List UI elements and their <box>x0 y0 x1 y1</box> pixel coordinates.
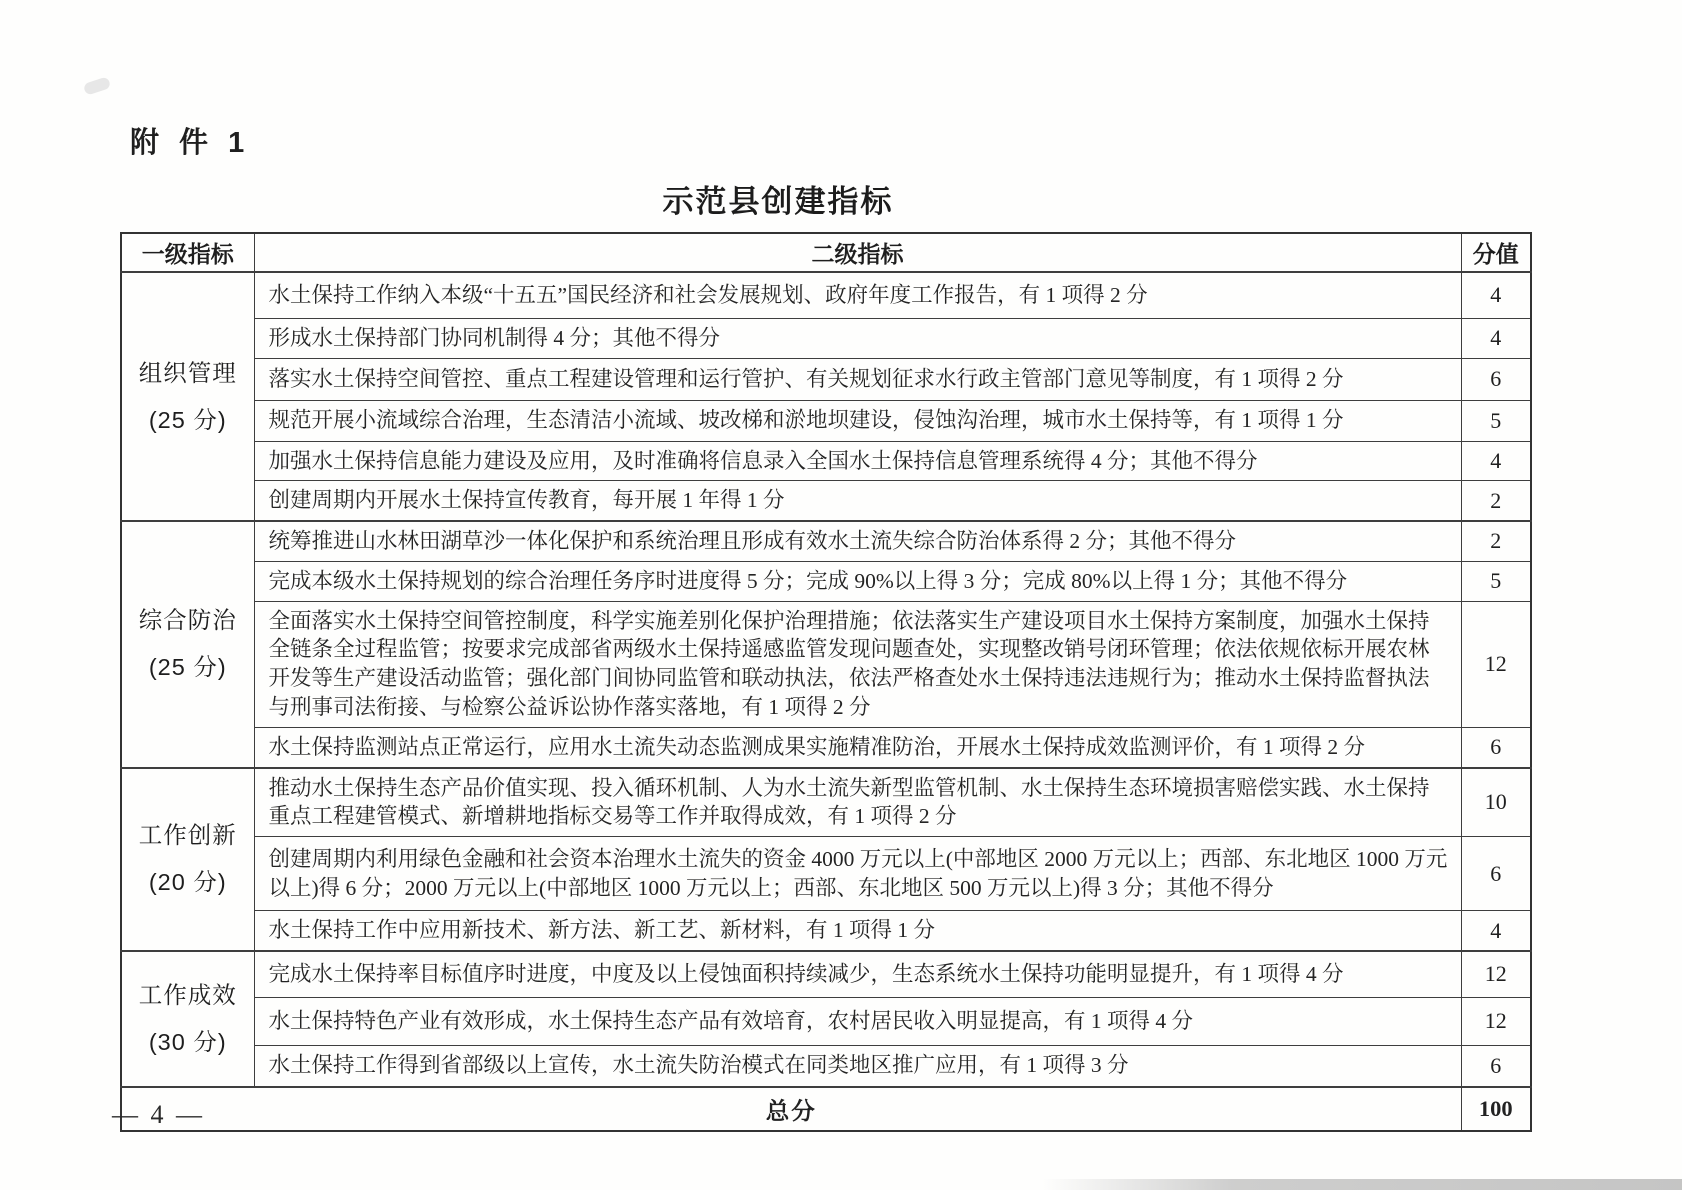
indicator-text: 水土保持工作得到省部级以上宣传，水土流失防治模式在同类地区推广应用，有 1 项得… <box>254 1045 1461 1087</box>
group-score-label: (20 分) <box>122 859 254 906</box>
header-score: 分值 <box>1461 233 1531 272</box>
indicator-text: 完成水土保持率目标值序时进度，中度及以上侵蚀面积持续减少，生态系统水土保持功能明… <box>254 951 1461 997</box>
table-header-row: 一级指标 二级指标 分值 <box>121 233 1531 272</box>
table-row: 加强水土保持信息能力建设及应用，及时准确将信息录入全国水土保持信息管理系统得 4… <box>121 441 1531 481</box>
group-cell-work-effectiveness: 工作成效 (30 分) <box>121 951 254 1087</box>
table-row: 创建周期内开展水土保持宣传教育，每开展 1 年得 1 分 2 <box>121 481 1531 521</box>
indicator-text: 水土保持工作中应用新技术、新方法、新工艺、新材料，有 1 项得 1 分 <box>254 911 1461 951</box>
score-value: 6 <box>1461 837 1531 911</box>
score-value: 6 <box>1461 727 1531 767</box>
table-row: 规范开展小流域综合治理，生态清洁小流域、坡改梯和淤地坝建设，侵蚀沟治理，城市水土… <box>121 400 1531 441</box>
table-row: 完成本级水土保持规划的综合治理任务序时进度得 5 分；完成 90%以上得 3 分… <box>121 561 1531 601</box>
table-row: 全面落实水土保持空间管控制度，科学实施差别化保护治理措施；依法落实生产建设项目水… <box>121 601 1531 727</box>
group-name: 工作成效 <box>122 972 254 1019</box>
table-row: 落实水土保持空间管控、重点工程建设管理和运行管护、有关规划征求水行政主管部门意见… <box>121 358 1531 400</box>
total-row: 总分 100 <box>121 1087 1531 1131</box>
scan-artifact-smudge <box>83 76 111 95</box>
header-level1-indicator: 一级指标 <box>121 233 254 272</box>
group-cell-comprehensive-prevention: 综合防治 (25 分) <box>121 521 254 768</box>
total-score-value: 100 <box>1461 1087 1531 1131</box>
score-value: 6 <box>1461 358 1531 400</box>
group-name: 综合防治 <box>122 597 254 644</box>
score-value: 2 <box>1461 481 1531 521</box>
score-value: 4 <box>1461 318 1531 358</box>
group-cell-work-innovation: 工作创新 (20 分) <box>121 768 254 951</box>
indicator-text: 统筹推进山水林田湖草沙一体化保护和系统治理且形成有效水土流失综合防治体系得 2 … <box>254 521 1461 561</box>
group-score-label: (25 分) <box>122 644 254 691</box>
table-row: 组织管理 (25 分) 水土保持工作纳入本级“十五五”国民经济和社会发展规划、政… <box>121 272 1531 318</box>
score-value: 2 <box>1461 521 1531 561</box>
indicator-text: 完成本级水土保持规划的综合治理任务序时进度得 5 分；完成 90%以上得 3 分… <box>254 561 1461 601</box>
table-row: 水土保持特色产业有效形成，水土保持生态产品有效培育，农村居民收入明显提高，有 1… <box>121 997 1531 1045</box>
total-label: 总分 <box>121 1087 1461 1131</box>
score-value: 4 <box>1461 441 1531 481</box>
table-row: 水土保持工作得到省部级以上宣传，水土流失防治模式在同类地区推广应用，有 1 项得… <box>121 1045 1531 1087</box>
indicator-text: 形成水土保持部门协同机制得 4 分；其他不得分 <box>254 318 1461 358</box>
table-row: 工作创新 (20 分) 推动水土保持生态产品价值实现、投入循环机制、人为水土流失… <box>121 768 1531 837</box>
indicator-text: 落实水土保持空间管控、重点工程建设管理和运行管护、有关规划征求水行政主管部门意见… <box>254 358 1461 400</box>
indicator-text: 创建周期内利用绿色金融和社会资本治理水土流失的资金 4000 万元以上(中部地区… <box>254 837 1461 911</box>
score-value: 12 <box>1461 951 1531 997</box>
indicator-text: 全面落实水土保持空间管控制度，科学实施差别化保护治理措施；依法落实生产建设项目水… <box>254 601 1461 727</box>
table-row: 创建周期内利用绿色金融和社会资本治理水土流失的资金 4000 万元以上(中部地区… <box>121 837 1531 911</box>
group-cell-organization-management: 组织管理 (25 分) <box>121 272 254 521</box>
indicator-table: 一级指标 二级指标 分值 组织管理 (25 分) 水土保持工作纳入本级“十五五”… <box>120 232 1532 1132</box>
indicator-text: 水土保持监测站点正常运行，应用水土流失动态监测成果实施精准防治，开展水土保持成效… <box>254 727 1461 767</box>
indicator-text: 规范开展小流域综合治理，生态清洁小流域、坡改梯和淤地坝建设，侵蚀沟治理，城市水土… <box>254 400 1461 441</box>
score-value: 6 <box>1461 1045 1531 1087</box>
group-score-label: (30 分) <box>122 1019 254 1066</box>
indicator-text: 加强水土保持信息能力建设及应用，及时准确将信息录入全国水土保持信息管理系统得 4… <box>254 441 1461 481</box>
indicator-text: 水土保持特色产业有效形成，水土保持生态产品有效培育，农村居民收入明显提高，有 1… <box>254 997 1461 1045</box>
score-value: 10 <box>1461 768 1531 837</box>
indicator-text: 水土保持工作纳入本级“十五五”国民经济和社会发展规划、政府年度工作报告，有 1 … <box>254 272 1461 318</box>
table-row: 工作成效 (30 分) 完成水土保持率目标值序时进度，中度及以上侵蚀面积持续减少… <box>121 951 1531 997</box>
document-page: 附 件 1 示范县创建指标 一级指标 二级指标 分值 组织管理 (25 分) 水… <box>0 0 1682 1190</box>
score-value: 5 <box>1461 561 1531 601</box>
group-name: 工作创新 <box>122 812 254 859</box>
score-value: 12 <box>1461 997 1531 1045</box>
group-name: 组织管理 <box>122 350 254 397</box>
score-value: 12 <box>1461 601 1531 727</box>
scan-artifact-band <box>1042 1179 1682 1190</box>
score-value: 4 <box>1461 272 1531 318</box>
group-score-label: (25 分) <box>122 397 254 444</box>
score-value: 4 <box>1461 911 1531 951</box>
page-number: — 4 — <box>112 1100 205 1130</box>
score-value: 5 <box>1461 400 1531 441</box>
indicator-text: 推动水土保持生态产品价值实现、投入循环机制、人为水土流失新型监管机制、水土保持生… <box>254 768 1461 837</box>
table-row: 水土保持工作中应用新技术、新方法、新工艺、新材料，有 1 项得 1 分 4 <box>121 911 1531 951</box>
attachment-label: 附 件 1 <box>130 120 250 161</box>
header-level2-indicator: 二级指标 <box>254 233 1461 272</box>
indicator-text: 创建周期内开展水土保持宣传教育，每开展 1 年得 1 分 <box>254 481 1461 521</box>
table-row: 综合防治 (25 分) 统筹推进山水林田湖草沙一体化保护和系统治理且形成有效水土… <box>121 521 1531 561</box>
page-title: 示范县创建指标 <box>0 176 1556 221</box>
table-row: 水土保持监测站点正常运行，应用水土流失动态监测成果实施精准防治，开展水土保持成效… <box>121 727 1531 767</box>
table-row: 形成水土保持部门协同机制得 4 分；其他不得分 4 <box>121 318 1531 358</box>
